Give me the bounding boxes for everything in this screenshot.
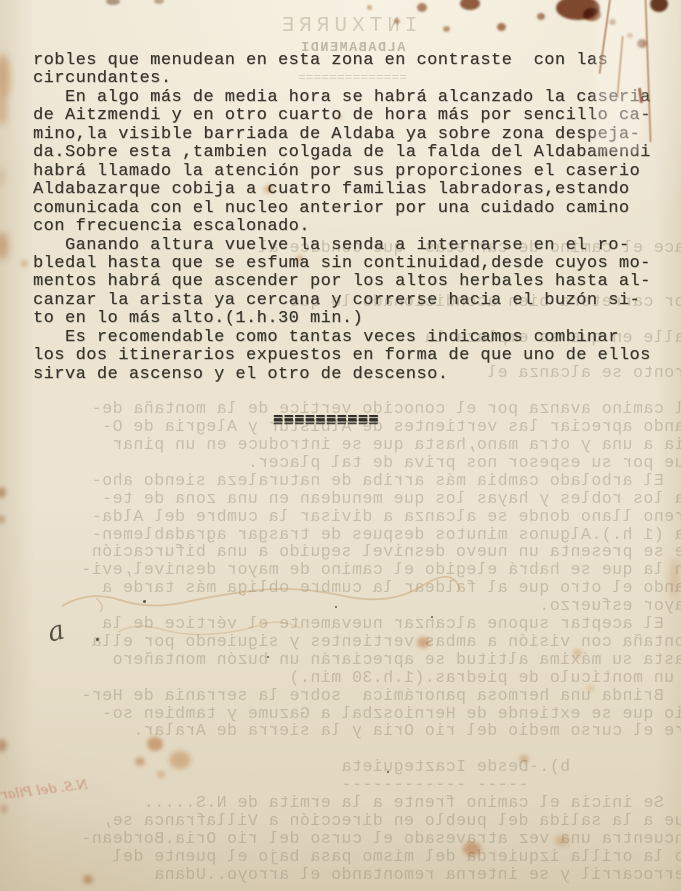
rust-stain: [337, 115, 343, 120]
rust-stain: [650, 0, 668, 12]
rust-stain: [443, 26, 450, 32]
rust-stain: [537, 13, 545, 20]
rust-stain: [460, 0, 480, 10]
scanned-document-page: INTXURRE ALDABAMENDI ============== hace…: [0, 0, 681, 891]
rust-stain: [296, 255, 303, 262]
rust-stain: [106, 0, 120, 5]
typed-body-text: robles que menudean en esta zona en cont…: [33, 52, 651, 384]
ink-speck: [143, 600, 146, 603]
rust-stain: [670, 558, 679, 600]
rust-stain: [0, 96, 7, 126]
rust-stain: [463, 842, 481, 856]
ghost-title-intxurre: INTXURRE: [262, 15, 432, 38]
rust-stain: [169, 751, 191, 769]
rust-stain: [147, 737, 163, 751]
rust-stain: [573, 649, 582, 657]
ink-speck: [387, 771, 389, 773]
rust-stain: [135, 757, 145, 766]
rust-stain: [157, 771, 165, 778]
typed-separator: ==========: [273, 412, 379, 430]
ink-speck: [431, 616, 433, 618]
rust-stain: [0, 54, 10, 100]
rust-stain: [264, 185, 273, 193]
rust-stain: [367, 5, 372, 10]
rust-stain: [417, 3, 427, 12]
rust-stain: [555, 835, 569, 846]
rust-stain: [419, 299, 424, 304]
rust-stain: [0, 515, 5, 524]
rust-stain: [83, 875, 93, 884]
rust-stain: [21, 260, 28, 267]
ink-speck: [335, 606, 337, 608]
rust-stain: [154, 0, 164, 4]
paper-crease: [593, 0, 646, 153]
rust-stain: [497, 23, 506, 31]
ink-speck: [267, 656, 269, 658]
rust-stain: [1, 805, 7, 813]
rust-stain: [394, 19, 400, 24]
rust-stain: [587, 685, 594, 691]
rust-stain: [0, 168, 4, 186]
rust-stain: [417, 637, 430, 648]
rust-stain: [519, 755, 529, 763]
ink-speck: [96, 638, 99, 641]
